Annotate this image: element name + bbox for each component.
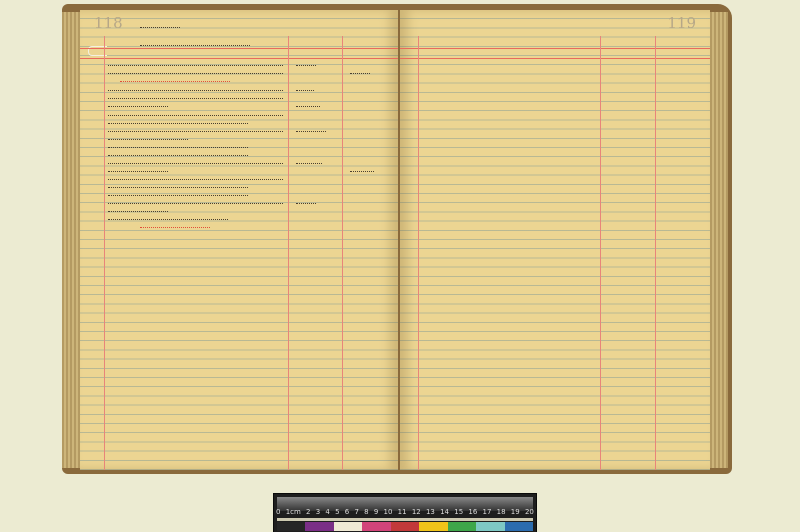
amount-mark [296, 87, 314, 91]
handwritten-red-entry [120, 78, 230, 82]
handwritten-entry [108, 216, 228, 220]
handwritten-entry [108, 103, 168, 107]
page-number-right: 119 [667, 14, 696, 32]
handwritten-entry [108, 200, 283, 204]
color-patch [505, 522, 533, 531]
amount-mark [296, 103, 320, 107]
amount-mark [350, 168, 374, 172]
handwritten-entry [108, 184, 248, 188]
handwritten-entry [108, 62, 283, 66]
margin-line-left [418, 36, 419, 470]
handwritten-entry [108, 144, 248, 148]
column-line-2 [342, 36, 343, 470]
handwritten-entry [108, 152, 248, 156]
handwritten-entry [108, 168, 168, 172]
handwritten-entry [108, 128, 283, 132]
color-calibration-ruler: 01cm234567891011121314151617181920 [273, 493, 537, 532]
color-patch [476, 522, 504, 531]
page-number-left: 118 [94, 14, 123, 32]
handwritten-entry [108, 70, 283, 74]
handwritten-entry [108, 208, 168, 212]
handwritten-entry [108, 176, 283, 180]
handwritten-entry [108, 160, 283, 164]
column-line-1 [600, 36, 601, 470]
header-rule-top [400, 48, 710, 49]
ledger-book: 118 [62, 4, 732, 474]
amount-mark [296, 160, 322, 164]
handwritten-entry [108, 136, 188, 140]
amount-mark [296, 128, 326, 132]
handwritten-entry [108, 192, 248, 196]
ruler-ticks: 01cm234567891011121314151617181920 [276, 508, 534, 516]
amount-mark [350, 70, 370, 74]
handwritten-entry [108, 120, 248, 124]
handwritten-entry [108, 112, 283, 116]
page-edges-left [62, 12, 80, 468]
header-rule-bottom [400, 58, 710, 59]
color-patch [419, 522, 447, 531]
color-patch [362, 522, 390, 531]
left-page: 118 [80, 10, 398, 470]
color-patches [277, 522, 533, 531]
color-patch [277, 522, 305, 531]
page-edges-right [710, 12, 728, 468]
color-patch [448, 522, 476, 531]
color-patch [334, 522, 362, 531]
amount-mark [296, 200, 316, 204]
handwritten-entry [108, 87, 283, 91]
header-rule-bottom [80, 58, 398, 59]
column-line-1 [288, 36, 289, 470]
handwritten-title [140, 42, 250, 46]
handwritten-red-signature [140, 224, 210, 228]
handwritten-entry [108, 95, 283, 99]
right-page: 119 [400, 10, 710, 470]
color-patch [391, 522, 419, 531]
column-line-2 [655, 36, 656, 470]
amount-mark [296, 62, 316, 66]
handwritten-title-top [140, 24, 180, 28]
header-rule-top [80, 48, 398, 49]
margin-line-left [104, 36, 105, 470]
ruler-white-strip [277, 518, 533, 521]
color-patch [305, 522, 333, 531]
